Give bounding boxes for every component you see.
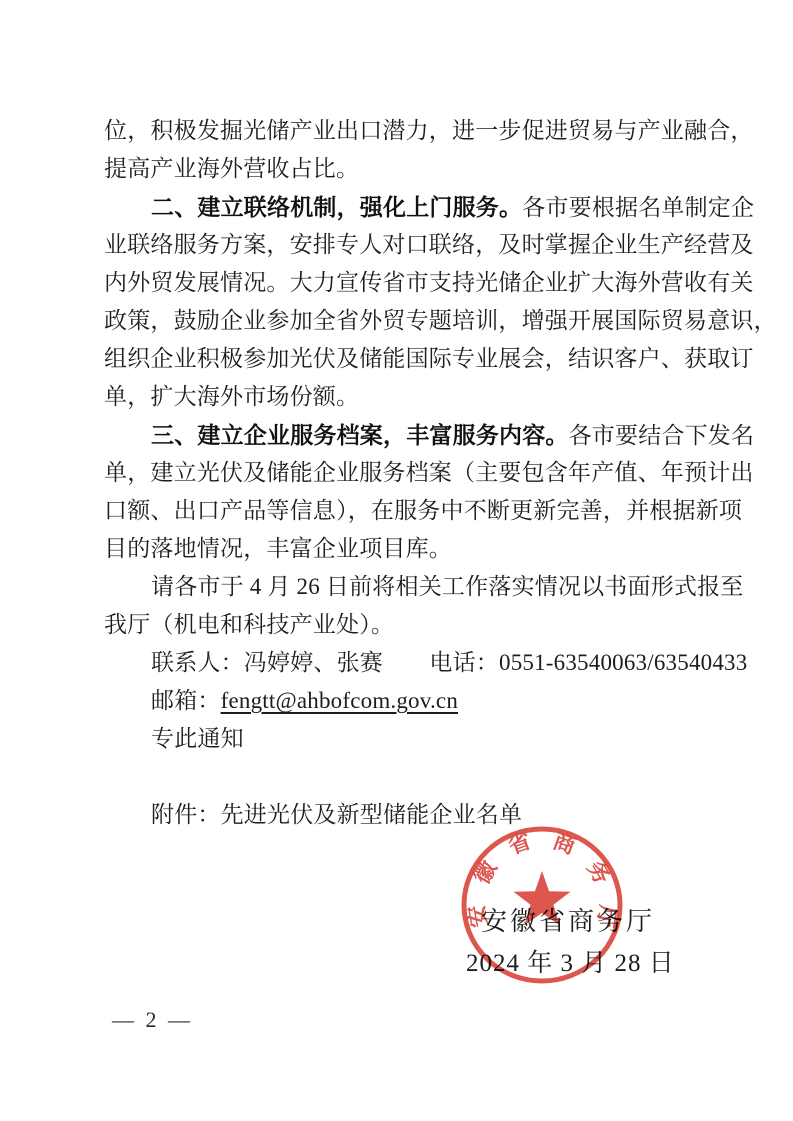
document-line: 内外贸发展情况。大力宣传省市支持光储企业扩大海外营收有关 [104,264,710,302]
body-text: 位，积极发掘光储产业出口潜力，进一步促进贸易与产业融合， [104,118,754,143]
body-text: 口额、出口产品等信息），在服务中不断更新完善，并根据新项 [104,498,742,523]
page-number: — 2 — [112,1007,193,1033]
body-text: 附件：先进光伏及新型储能企业名单 [151,802,522,827]
body-text: 提高产业海外营收占比。 [104,156,359,181]
body-text: 专此通知 [151,726,244,751]
body-text: 内外贸发展情况。大力宣传省市支持光储企业扩大海外营收有关 [104,270,754,295]
section-heading-text: 三、建立企业服务档案，丰富服务内容。 [151,422,569,448]
document-line: 邮箱：fengtt@ahbofcom.gov.cn [104,682,710,720]
document-line: 联系人：冯婷婷、张赛 电话：0551-63540063/63540433 [104,644,710,682]
document-page: 位，积极发掘光储产业出口潜力，进一步促进贸易与产业融合，提高产业海外营收占比。二… [0,0,793,1121]
body-text: 组织企业积极参加光伏及储能国际专业展会，结识客户、获取订 [104,346,754,371]
document-line: 请各市于 4 月 26 日前将相关工作落实情况以书面形式报至 [104,568,710,606]
body-text: 请各市于 4 月 26 日前将相关工作落实情况以书面形式报至 [151,574,744,599]
body-text: 单，建立光伏及储能企业服务档案（主要包含年产值、年预计出 [104,460,754,485]
document-body: 位，积极发掘光储产业出口潜力，进一步促进贸易与产业融合，提高产业海外营收占比。二… [104,112,710,834]
body-text: 邮箱： [151,688,221,713]
document-line: 三、建立企业服务档案，丰富服务内容。各市要结合下发名 [104,416,710,454]
body-text: 政策，鼓励企业参加全省外贸专题培训，增强开展国际贸易意识， [104,308,777,333]
section-heading-text: 二、建立联络机制，强化上门服务。 [151,194,522,220]
seal-char: 务 [582,856,615,888]
document-line: 单，建立光伏及储能企业服务档案（主要包含年产值、年预计出 [104,454,710,492]
email-text: fengtt@ahbofcom.gov.cn [221,688,458,713]
document-line: 我厅（机电和科技产业处）。 [104,606,710,644]
document-line: 位，积极发掘光储产业出口潜力，进一步促进贸易与产业融合， [104,112,710,150]
document-line: 专此通知 [104,720,710,758]
document-line: 政策，鼓励企业参加全省外贸专题培训，增强开展国际贸易意识， [104,302,710,340]
body-text: 我厅（机电和科技产业处）。 [104,612,394,637]
document-line: 单，扩大海外市场份额。 [104,378,710,416]
body-text: 联系人：冯婷婷、张赛 电话：0551-63540063/63540433 [151,650,747,675]
document-line: 目的落地情况，丰富企业项目库。 [104,530,710,568]
body-text: 目的落地情况，丰富企业项目库。 [104,536,452,561]
body-text: 各市要根据名单制定企 [522,195,754,220]
document-line: 附件：先进光伏及新型储能企业名单 [104,796,710,834]
document-line: 组织企业积极参加光伏及储能国际专业展会，结识客户、获取订 [104,340,710,378]
document-line: 提高产业海外营收占比。 [104,150,710,188]
signature-date: 2024 年 3 月 28 日 [466,943,675,979]
document-line: 二、建立联络机制，强化上门服务。各市要根据名单制定企 [104,188,710,226]
seal-char: 徽 [469,856,502,888]
blank-line [104,758,710,796]
body-text: 各市要结合下发名 [569,423,755,448]
body-text: 单，扩大海外市场份额。 [104,384,359,409]
body-text: 业联络服务方案，安排专人对口联络，及时掌握企业生产经营及 [104,232,754,257]
document-line: 业联络服务方案，安排专人对口联络，及时掌握企业生产经营及 [104,226,710,264]
document-line: 口额、出口产品等信息），在服务中不断更新完善，并根据新项 [104,492,710,530]
signature-organization: 安徽省商务厅 [481,901,655,938]
